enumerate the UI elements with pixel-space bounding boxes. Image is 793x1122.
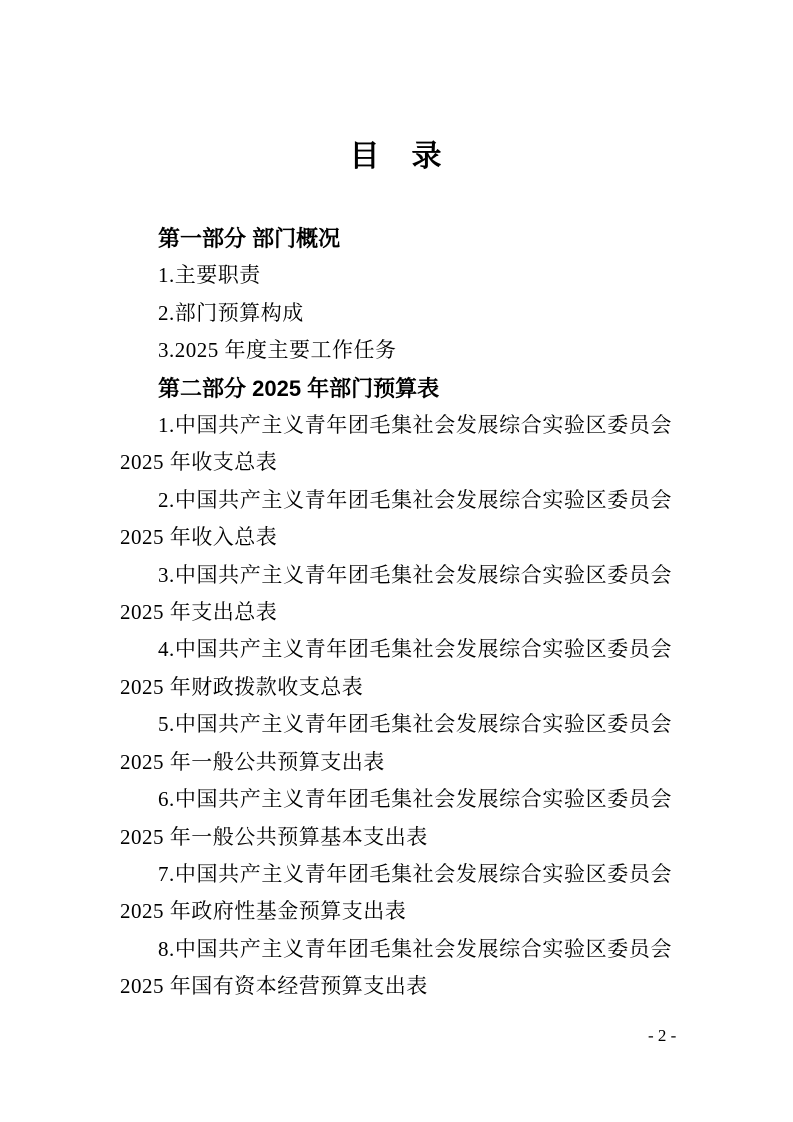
toc-item: 7.中国共产主义青年团毛集社会发展综合实验区委员会 2025 年政府性基金预算支… [120,856,672,931]
toc-item: 2.中国共产主义青年团毛集社会发展综合实验区委员会 2025 年收入总表 [120,482,672,557]
toc-item: 5.中国共产主义青年团毛集社会发展综合实验区委员会 2025 年一般公共预算支出… [120,706,672,781]
toc-item: 1.主要职责 [120,257,672,294]
toc-item: 1.中国共产主义青年团毛集社会发展综合实验区委员会 2025 年收支总表 [120,407,672,482]
page-title: 目 录 [120,138,672,176]
toc-item: 3.2025 年度主要工作任务 [120,332,672,369]
section-heading-part1: 第一部分 部门概况 [120,220,672,257]
toc-item: 4.中国共产主义青年团毛集社会发展综合实验区委员会 2025 年财政拨款收支总表 [120,631,672,706]
page-number: - 2 - [648,1026,676,1046]
toc-item: 2.部门预算构成 [120,295,672,332]
toc-content: 目 录 第一部分 部门概况 1.主要职责 2.部门预算构成 3.2025 年度主… [120,138,672,1006]
section-heading-part2: 第二部分 2025 年部门预算表 [120,370,672,407]
toc-item: 8.中国共产主义青年团毛集社会发展综合实验区委员会 2025 年国有资本经营预算… [120,931,672,1006]
toc-item: 6.中国共产主义青年团毛集社会发展综合实验区委员会 2025 年一般公共预算基本… [120,781,672,856]
document-page: 目 录 第一部分 部门概况 1.主要职责 2.部门预算构成 3.2025 年度主… [0,0,793,1122]
toc-item: 3.中国共产主义青年团毛集社会发展综合实验区委员会 2025 年支出总表 [120,557,672,632]
